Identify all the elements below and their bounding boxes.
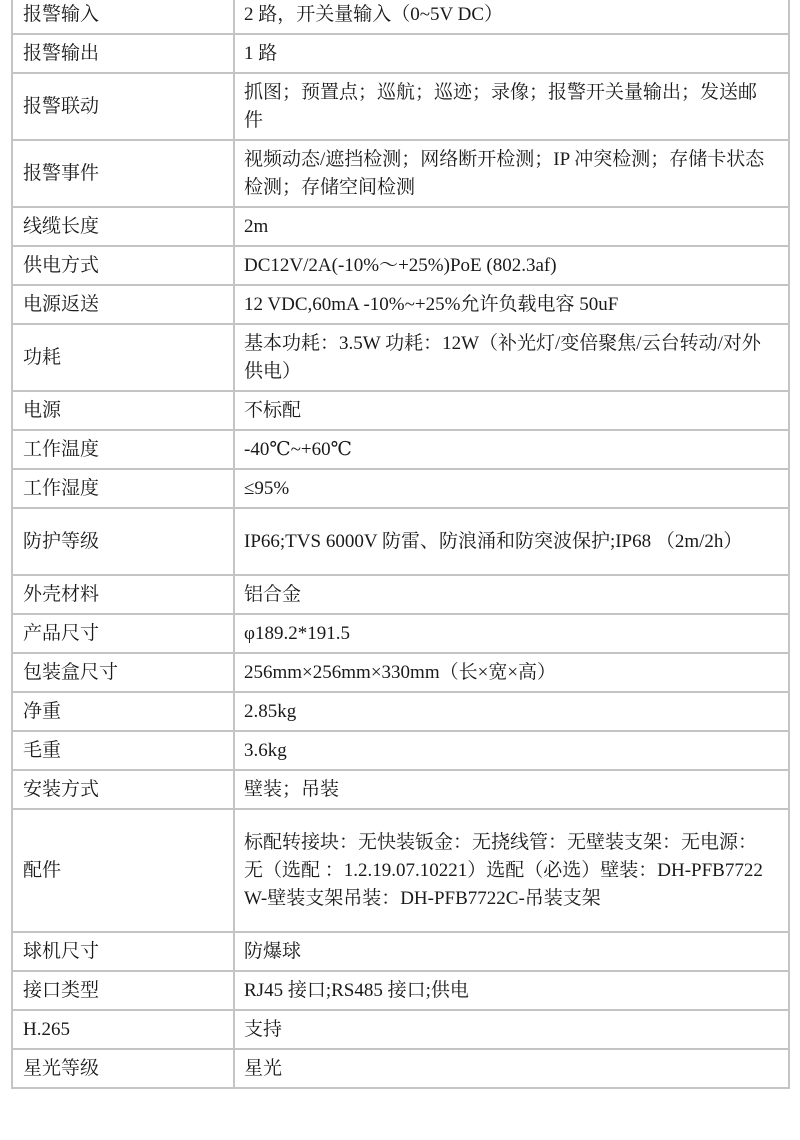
table-row-housing-material: 外壳材料 铝合金 [12, 575, 789, 614]
row-label: 毛重 [12, 731, 234, 770]
row-label: 产品尺寸 [12, 614, 234, 653]
row-label: 工作湿度 [12, 469, 234, 508]
row-value: 壁装；吊装 [234, 770, 789, 809]
row-label: 包装盒尺寸 [12, 653, 234, 692]
row-value: 256mm×256mm×330mm（长×宽×高） [234, 653, 789, 692]
row-value: 抓图；预置点；巡航；巡迹；录像；报警开关量输出；发送邮件 [234, 73, 789, 140]
table-row-alarm-input: 报警输入 2 路，开关量输入（0~5V DC） [12, 0, 789, 34]
row-value: 星光 [234, 1049, 789, 1088]
row-value: φ189.2*191.5 [234, 614, 789, 653]
row-value: IP66;TVS 6000V 防雷、防浪涌和防突波保护;IP68 （2m/2h） [234, 508, 789, 575]
row-value: 防爆球 [234, 932, 789, 971]
row-value: 3.6kg [234, 731, 789, 770]
row-label: 球机尺寸 [12, 932, 234, 971]
table-row-accessories: 配件 标配转接块：无快装钣金：无挠线管：无壁装支架：无电源：无（选配 ：1.2.… [12, 809, 789, 932]
row-label: 线缆长度 [12, 207, 234, 246]
row-label: 配件 [12, 809, 234, 932]
table-row-starlight-level: 星光等级 星光 [12, 1049, 789, 1088]
row-label: 报警联动 [12, 73, 234, 140]
table-row-net-weight: 净重 2.85kg [12, 692, 789, 731]
row-value: 铝合金 [234, 575, 789, 614]
row-value: ≤95% [234, 469, 789, 508]
row-label: 净重 [12, 692, 234, 731]
spec-table: 报警输入 2 路，开关量输入（0~5V DC） 报警输出 1 路 报警联动 抓图… [11, 0, 790, 1089]
row-value: 12 VDC,60mA -10%~+25%允许负载电容 50uF [234, 285, 789, 324]
row-label: 工作温度 [12, 430, 234, 469]
row-value: 标配转接块：无快装钣金：无挠线管：无壁装支架：无电源：无（选配 ：1.2.19.… [234, 809, 789, 932]
row-label: 功耗 [12, 324, 234, 391]
table-row-power-supply: 供电方式 DC12V/2A(-10%～+25%)PoE (802.3af) [12, 246, 789, 285]
row-value: 视频动态/遮挡检测；网络断开检测；IP 冲突检测；存储卡状态检测；存储空间检测 [234, 140, 789, 207]
row-label: 报警输出 [12, 34, 234, 73]
row-label: H.265 [12, 1010, 234, 1049]
row-label: 供电方式 [12, 246, 234, 285]
row-label: 电源 [12, 391, 234, 430]
row-label: 外壳材料 [12, 575, 234, 614]
row-value: 2.85kg [234, 692, 789, 731]
row-value: 支持 [234, 1010, 789, 1049]
table-row-power-adapter: 电源 不标配 [12, 391, 789, 430]
row-value: 1 路 [234, 34, 789, 73]
table-row-power-consumption: 功耗 基本功耗：3.5W 功耗：12W（补光灯/变倍聚焦/云台转动/对外供电） [12, 324, 789, 391]
row-value: 2m [234, 207, 789, 246]
row-label: 报警输入 [12, 0, 234, 34]
row-label: 接口类型 [12, 971, 234, 1010]
row-value: -40℃~+60℃ [234, 430, 789, 469]
row-label: 安装方式 [12, 770, 234, 809]
table-row-alarm-events: 报警事件 视频动态/遮挡检测；网络断开检测；IP 冲突检测；存储卡状态检测；存储… [12, 140, 789, 207]
table-row-operating-temperature: 工作温度 -40℃~+60℃ [12, 430, 789, 469]
table-row-alarm-output: 报警输出 1 路 [12, 34, 789, 73]
row-value: 2 路，开关量输入（0~5V DC） [234, 0, 789, 34]
table-row-interface-type: 接口类型 RJ45 接口;RS485 接口;供电 [12, 971, 789, 1010]
table-row-alarm-linkage: 报警联动 抓图；预置点；巡航；巡迹；录像；报警开关量输出；发送邮件 [12, 73, 789, 140]
row-label: 电源返送 [12, 285, 234, 324]
table-row-cable-length: 线缆长度 2m [12, 207, 789, 246]
row-value: RJ45 接口;RS485 接口;供电 [234, 971, 789, 1010]
table-row-h265: H.265 支持 [12, 1010, 789, 1049]
table-row-gross-weight: 毛重 3.6kg [12, 731, 789, 770]
table-row-product-dimensions: 产品尺寸 φ189.2*191.5 [12, 614, 789, 653]
table-row-power-output: 电源返送 12 VDC,60mA -10%~+25%允许负载电容 50uF [12, 285, 789, 324]
row-value: 基本功耗：3.5W 功耗：12W（补光灯/变倍聚焦/云台转动/对外供电） [234, 324, 789, 391]
row-value: 不标配 [234, 391, 789, 430]
row-label: 报警事件 [12, 140, 234, 207]
table-row-dome-size: 球机尺寸 防爆球 [12, 932, 789, 971]
table-row-operating-humidity: 工作湿度 ≤95% [12, 469, 789, 508]
table-row-installation: 安装方式 壁装；吊装 [12, 770, 789, 809]
row-value: DC12V/2A(-10%～+25%)PoE (802.3af) [234, 246, 789, 285]
table-row-package-dimensions: 包装盒尺寸 256mm×256mm×330mm（长×宽×高） [12, 653, 789, 692]
row-label: 防护等级 [12, 508, 234, 575]
row-label: 星光等级 [12, 1049, 234, 1088]
table-row-protection-rating: 防护等级 IP66;TVS 6000V 防雷、防浪涌和防突波保护;IP68 （2… [12, 508, 789, 575]
